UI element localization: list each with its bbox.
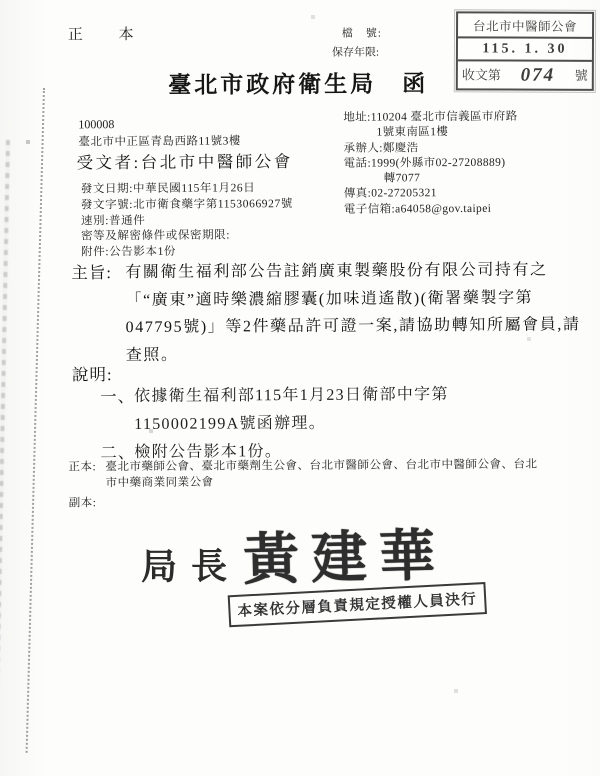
document-title: 臺北市政府衛生局 函 — [0, 64, 598, 101]
agency-address-line1: 地址:110204 臺北市信義區市府路 — [343, 110, 517, 126]
distribution-original-label: 正本: — [68, 459, 105, 491]
retention-period-label: 保存年限: — [332, 44, 379, 60]
signature-title: 局長 — [141, 538, 241, 590]
distribution-copy-row: 副本: — [69, 493, 538, 512]
recipient-zip-code: 100008 — [78, 117, 114, 132]
subject-block: 主旨: 有關衛生福利部公告註銷廣東製藥股份有限公司持有之「“廣東”適時樂濃縮膠囊… — [71, 256, 588, 369]
secrecy-line: 密等及解密條件或保密期限: — [81, 228, 293, 245]
explanation-items: 一、 依據衛生福利部115年1月23日衛部中字第1150002199A號函辦理。… — [100, 380, 571, 467]
issue-number-line: 發文字號:北市衛食藥字第1153066927號 — [81, 197, 293, 214]
signature-block: 局長 黃建華 — [141, 513, 447, 595]
agency-email-line: 電子信箱:a64058@gov.taipei — [344, 201, 518, 217]
received-stamp-org: 台北市中醫師公會 — [458, 13, 592, 39]
explanation-item-1-number: 一、 — [100, 383, 134, 439]
distribution-copy-label: 副本: — [69, 495, 106, 511]
speed-class-line: 速別:普通件 — [81, 213, 293, 230]
agency-phone-line2: 轉7077 — [344, 171, 518, 187]
agency-address-line2: 1號東南區1樓 — [343, 125, 517, 141]
distribution-original-row: 正本: 臺北市藥師公會、臺北市藥劑生公會、台北市醫師公會、台北市中醫師公會、台北… — [68, 457, 537, 492]
agency-phone-line1: 電話:1999(外縣市02-27208889) — [344, 156, 518, 172]
recipient-address: 臺北市中正區青島西路11號3樓 — [78, 132, 240, 149]
agency-contact-block: 地址:110204 臺北市信義區市府路 1號東南區1樓 承辦人:鄭慶浩 電話:1… — [343, 110, 518, 218]
signature-name: 黃建華 — [242, 511, 448, 596]
copy-type-label: 正 本 — [68, 23, 150, 44]
distribution-copy-text — [106, 493, 538, 512]
agency-fax-line: 傳真:02-27205321 — [344, 186, 518, 202]
distribution-block: 正本: 臺北市藥師公會、臺北市藥劑生公會、台北市醫師公會、台北市中醫師公會、台北… — [68, 457, 537, 512]
file-number-label: 檔 號: — [342, 24, 382, 40]
recipient-name-line: 受文者:台北市中醫師公會 — [77, 148, 293, 173]
agency-officer-line: 承辦人:鄭慶浩 — [343, 140, 517, 156]
document-meta-block: 發文日期:中華民國115年1月26日 發文字號:北市衛食藥字第115306692… — [81, 181, 294, 261]
explanation-item-1-text: 依據衛生福利部115年1月23日衛部中字第1150002199A號函辦理。 — [134, 381, 534, 439]
distribution-original-text: 臺北市藥師公會、臺北市藥劑生公會、台北市醫師公會、台北市中醫師公會、台北市中藥商… — [105, 457, 537, 492]
subject-label: 主旨: — [71, 259, 126, 369]
scanned-document-page: 正 本 檔 號: 保存年限: 台北市中醫師公會 115. 1. 30 收文第 0… — [0, 0, 600, 776]
explanation-item-1: 一、 依據衛生福利部115年1月23日衛部中字第1150002199A號函辦理。 — [100, 380, 570, 439]
received-stamp-date: 115. 1. 30 — [458, 38, 592, 62]
subject-text: 有關衛生福利部公告註銷廣東製藥股份有限公司持有之「“廣東”適時樂濃縮膠囊(加味逍… — [125, 256, 588, 369]
issue-date-line: 發文日期:中華民國115年1月26日 — [81, 181, 293, 198]
explanation-label: 說明: — [72, 361, 113, 385]
document-content: 正 本 檔 號: 保存年限: 台北市中醫師公會 115. 1. 30 收文第 0… — [0, 0, 600, 776]
